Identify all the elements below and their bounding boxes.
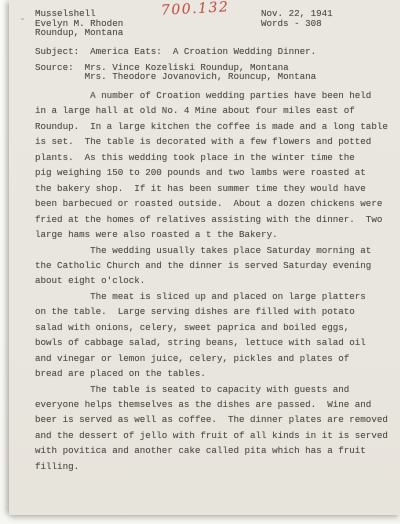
paper-speck (21, 18, 24, 20)
scanned-document-background: 700.132 Musselshell Evelyn M. Rhoden Rou… (0, 0, 400, 524)
source-block: Source: Mrs. Vince Kozeliski Roundup, Mo… (35, 63, 400, 82)
paragraph-1: A number of Croation wedding parties hav… (35, 88, 400, 243)
word-count-line: Words - 308 (261, 19, 333, 29)
paragraph-2: The wedding usually takes place Saturday… (35, 243, 400, 289)
paper-speck (46, 15, 49, 17)
header-right-block: Nov. 22, 1941 Words - 308 (261, 9, 333, 28)
subject-line: Subject: America Eats: A Croation Weddin… (35, 47, 400, 57)
document-body: A number of Croation wedding parties hav… (35, 88, 400, 474)
paragraph-3: The meat is sliced up and placed on larg… (35, 289, 400, 382)
paragraph-4: The table is seated to capacity with gue… (35, 382, 400, 475)
location-line: Roundup, Montana (35, 28, 400, 38)
typewritten-page: 700.132 Musselshell Evelyn M. Rhoden Rou… (9, 0, 400, 515)
